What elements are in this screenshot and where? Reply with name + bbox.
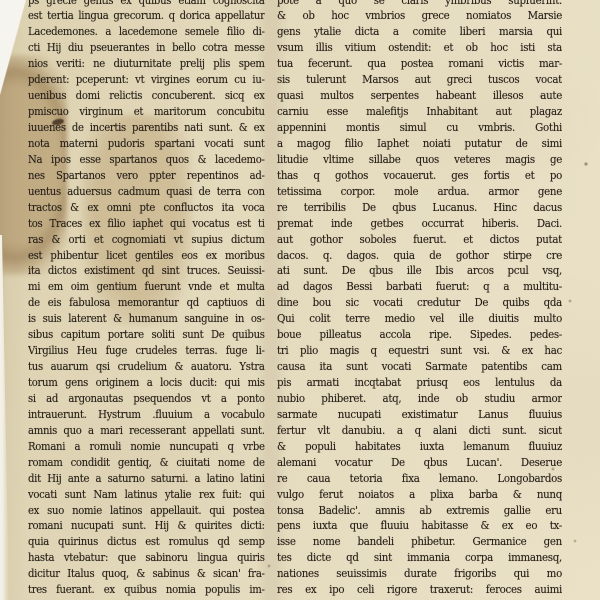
text-line: ras & orti et cognomiati vt supius dictu…: [28, 232, 265, 248]
text-line: intrauerunt. Hystrum .fluuium a vocabulo: [28, 407, 265, 423]
text-line: dine bou sic vocati credutur De quibs qd…: [277, 295, 562, 311]
text-line: est phibentur licet gentiles eos ex mori…: [28, 248, 265, 264]
text-line: tua fecerunt. qua postea romani victis m…: [277, 56, 562, 72]
text-line: gens ytalie dicta a comite liberi marsia…: [277, 24, 562, 40]
text-line: pderent: pceperunt: vt virgines eorum cu…: [28, 72, 265, 88]
text-line: ex suo nomie latinos appellauit. qui pos…: [28, 503, 265, 519]
text-line: amnis quo a mari recesserant appellati s…: [28, 423, 265, 439]
text-line: is suis laterent & humanum sanguine in o…: [28, 311, 265, 327]
text-line: uenibus domi relictis concuberent. sicq …: [28, 88, 265, 104]
text-line: sibus capitum portare soliti sunt De qui…: [28, 327, 265, 343]
text-line: Romani a romuli nomie nuncupati q vrbe: [28, 439, 265, 455]
text-column-right: pote a quo se claris ymbribus supfuerint…: [277, 0, 562, 598]
text-line: pens iuxta que fluuiu habitasse & ex eo …: [277, 518, 562, 534]
text-line: tetissima corpor. mole ardua. armor gene: [277, 184, 562, 200]
text-line: vulgo ferut noiatos a plixa barba & nunq: [277, 487, 562, 503]
text-line: dacos. q. dagos. quia de gothor stirpe c…: [277, 248, 562, 264]
text-line: aut gothor soboles fuerut. et dictos put…: [277, 232, 562, 248]
text-line: tonsa Badelic'. amnis ab extremis gallie…: [277, 503, 562, 519]
text-line: nubio phiberet. atq, inde ob studiu armo…: [277, 391, 562, 407]
text-line: pis armati incqtabat priusq eos lentulus…: [277, 375, 562, 391]
text-line: tos Traces ex filio iaphet qui vocatus e…: [28, 216, 265, 232]
text-column-left: ps grecie gentis ex quibus etiam cognosc…: [28, 0, 265, 598]
text-line: tus auarum qsi crudelium & auatoru. Ystr…: [28, 359, 265, 375]
text-line: torum gens originem a locis ducit: qui m…: [28, 375, 265, 391]
text-line: sarmate nucupati existimatur Lanus fluui…: [277, 407, 562, 423]
text-line: Lacedemones. a lacedemone semele filio d…: [28, 24, 265, 40]
text-line: tractos & ex omni pte confluctos ita voc…: [28, 200, 265, 216]
text-line: Na ipos esse spartanos quos & lacedemo-: [28, 152, 265, 168]
text-line: mi em oim gentium fuerunt vnde et multa: [28, 279, 265, 295]
text-line: isse nome bandeli phibetur. Germanice ge…: [277, 534, 562, 550]
text-line: pote a quo se claris ymbribus supfuerint…: [277, 0, 562, 8]
text-line: Virgilius Heu fuge crudeles terras. fuge…: [28, 343, 265, 359]
text-line: appennini montis simul cu vmbris. Gothi: [277, 120, 562, 136]
text-line: & ob hoc vmbrios grece nomiatos Marsie: [277, 8, 562, 24]
text-line: iuuenes de incertis parentibs nati sunt.…: [28, 120, 265, 136]
text-line: carniu esse malefitjs Inhabitant aut pla…: [277, 104, 562, 120]
text-line: litudie vltime sillabe quos veteres magi…: [277, 152, 562, 168]
text-line: nationes seuissimis durate frigoribs qui…: [277, 566, 562, 582]
text-line: re terribilis De qbus Lucanus. Hinc dacu…: [277, 200, 562, 216]
text-line: fertur vlt danubiu. a q alani dicti sunt…: [277, 423, 562, 439]
text-line: vocati sunt Nam latinus ytalie rex fuit:…: [28, 487, 265, 503]
text-line: si ad argonautas psequendos vt a ponto: [28, 391, 265, 407]
paper-specks: [0, 0, 2, 2]
text-line: boue pilleatus accola ripe. Sipedes. ped…: [277, 327, 562, 343]
page-edge-bottom-left: [0, 235, 9, 600]
text-line: nes Spartanos vero ppter repentinos ad-: [28, 168, 265, 184]
text-line: quia quirinus dictus est romulus qd semp: [28, 534, 265, 550]
text-line: premat inde getbes occurrat hiberis. Dac…: [277, 216, 562, 232]
text-line: cti Hij diu pseuerantes in bello cotra m…: [28, 40, 265, 56]
text-line: dit Hij ante a saturno saturni. a latino…: [28, 471, 265, 487]
text-line: thas q gothos vocauerut. ges fortis et p…: [277, 168, 562, 184]
text-line: est tertia lingua grecorum. q dorica app…: [28, 8, 265, 24]
text-line: ad dagos Bessi barbati fuerut: q a multi…: [277, 279, 562, 295]
text-line: tres fuerant. ex quibus nomia populis im…: [28, 582, 265, 598]
text-line: a magog filio Iaphet noiati putatur de s…: [277, 136, 562, 152]
text-line: uentus aduersus cadmum quasi de terra co…: [28, 184, 265, 200]
text-line: ita dictos existiment qd sint truces. Se…: [28, 263, 265, 279]
text-line: hasta vtebatur: que sabinoru lingua quir…: [28, 550, 265, 566]
text-line: & populi habitates iuxta lemanum fluuiuz: [277, 439, 562, 455]
text-line: nios veriti: ne diuturnitate prelij plis…: [28, 56, 265, 72]
text-line: re caua tetoria fixa lemano. Longobardos: [277, 471, 562, 487]
text-line: alemani vocatur De qbus Lucan'. Deserue: [277, 455, 562, 471]
text-line: vsum illis vitium ostendit: et ob hoc is…: [277, 40, 562, 56]
text-line: tri plio magis q equestri sunt vsi. & ex…: [277, 343, 562, 359]
text-line: pmiscuo virginum et maritorum concubitu: [28, 104, 265, 120]
text-line: quasi multos serpentes habeant illesos a…: [277, 88, 562, 104]
text-line: sis tulerunt Marsos aut greci tuscos voc…: [277, 72, 562, 88]
text-line: tes dicte qd sint immania corpa immanesq…: [277, 550, 562, 566]
page-corner-top-left: [0, 0, 26, 95]
text-line: ps grecie gentis ex quibus etiam cognosc…: [28, 0, 265, 8]
text-line: Qui colit terre medio vel ille diuitis m…: [277, 311, 562, 327]
text-line: dicitur Italus quoq, & sabinus & sican' …: [28, 566, 265, 582]
text-line: romam condidit gentiq, & ciuitati nome d…: [28, 455, 265, 471]
text-line: nota materni pudoris spartani vocati sun…: [28, 136, 265, 152]
text-line: de eis fabulosa memorantur qd captiuos d…: [28, 295, 265, 311]
manuscript-page: ps grecie gentis ex quibus etiam cognosc…: [0, 0, 600, 600]
text-line: causa ita sunt vocati Sarmate patentibs …: [277, 359, 562, 375]
text-line: ati sunt. De qbus ille Ibis arcos pcul v…: [277, 263, 562, 279]
text-line: res ex ipo celi rigore traxerut: feroces…: [277, 582, 562, 598]
text-line: romani nucupati sunt. Hij & quirites dic…: [28, 518, 265, 534]
